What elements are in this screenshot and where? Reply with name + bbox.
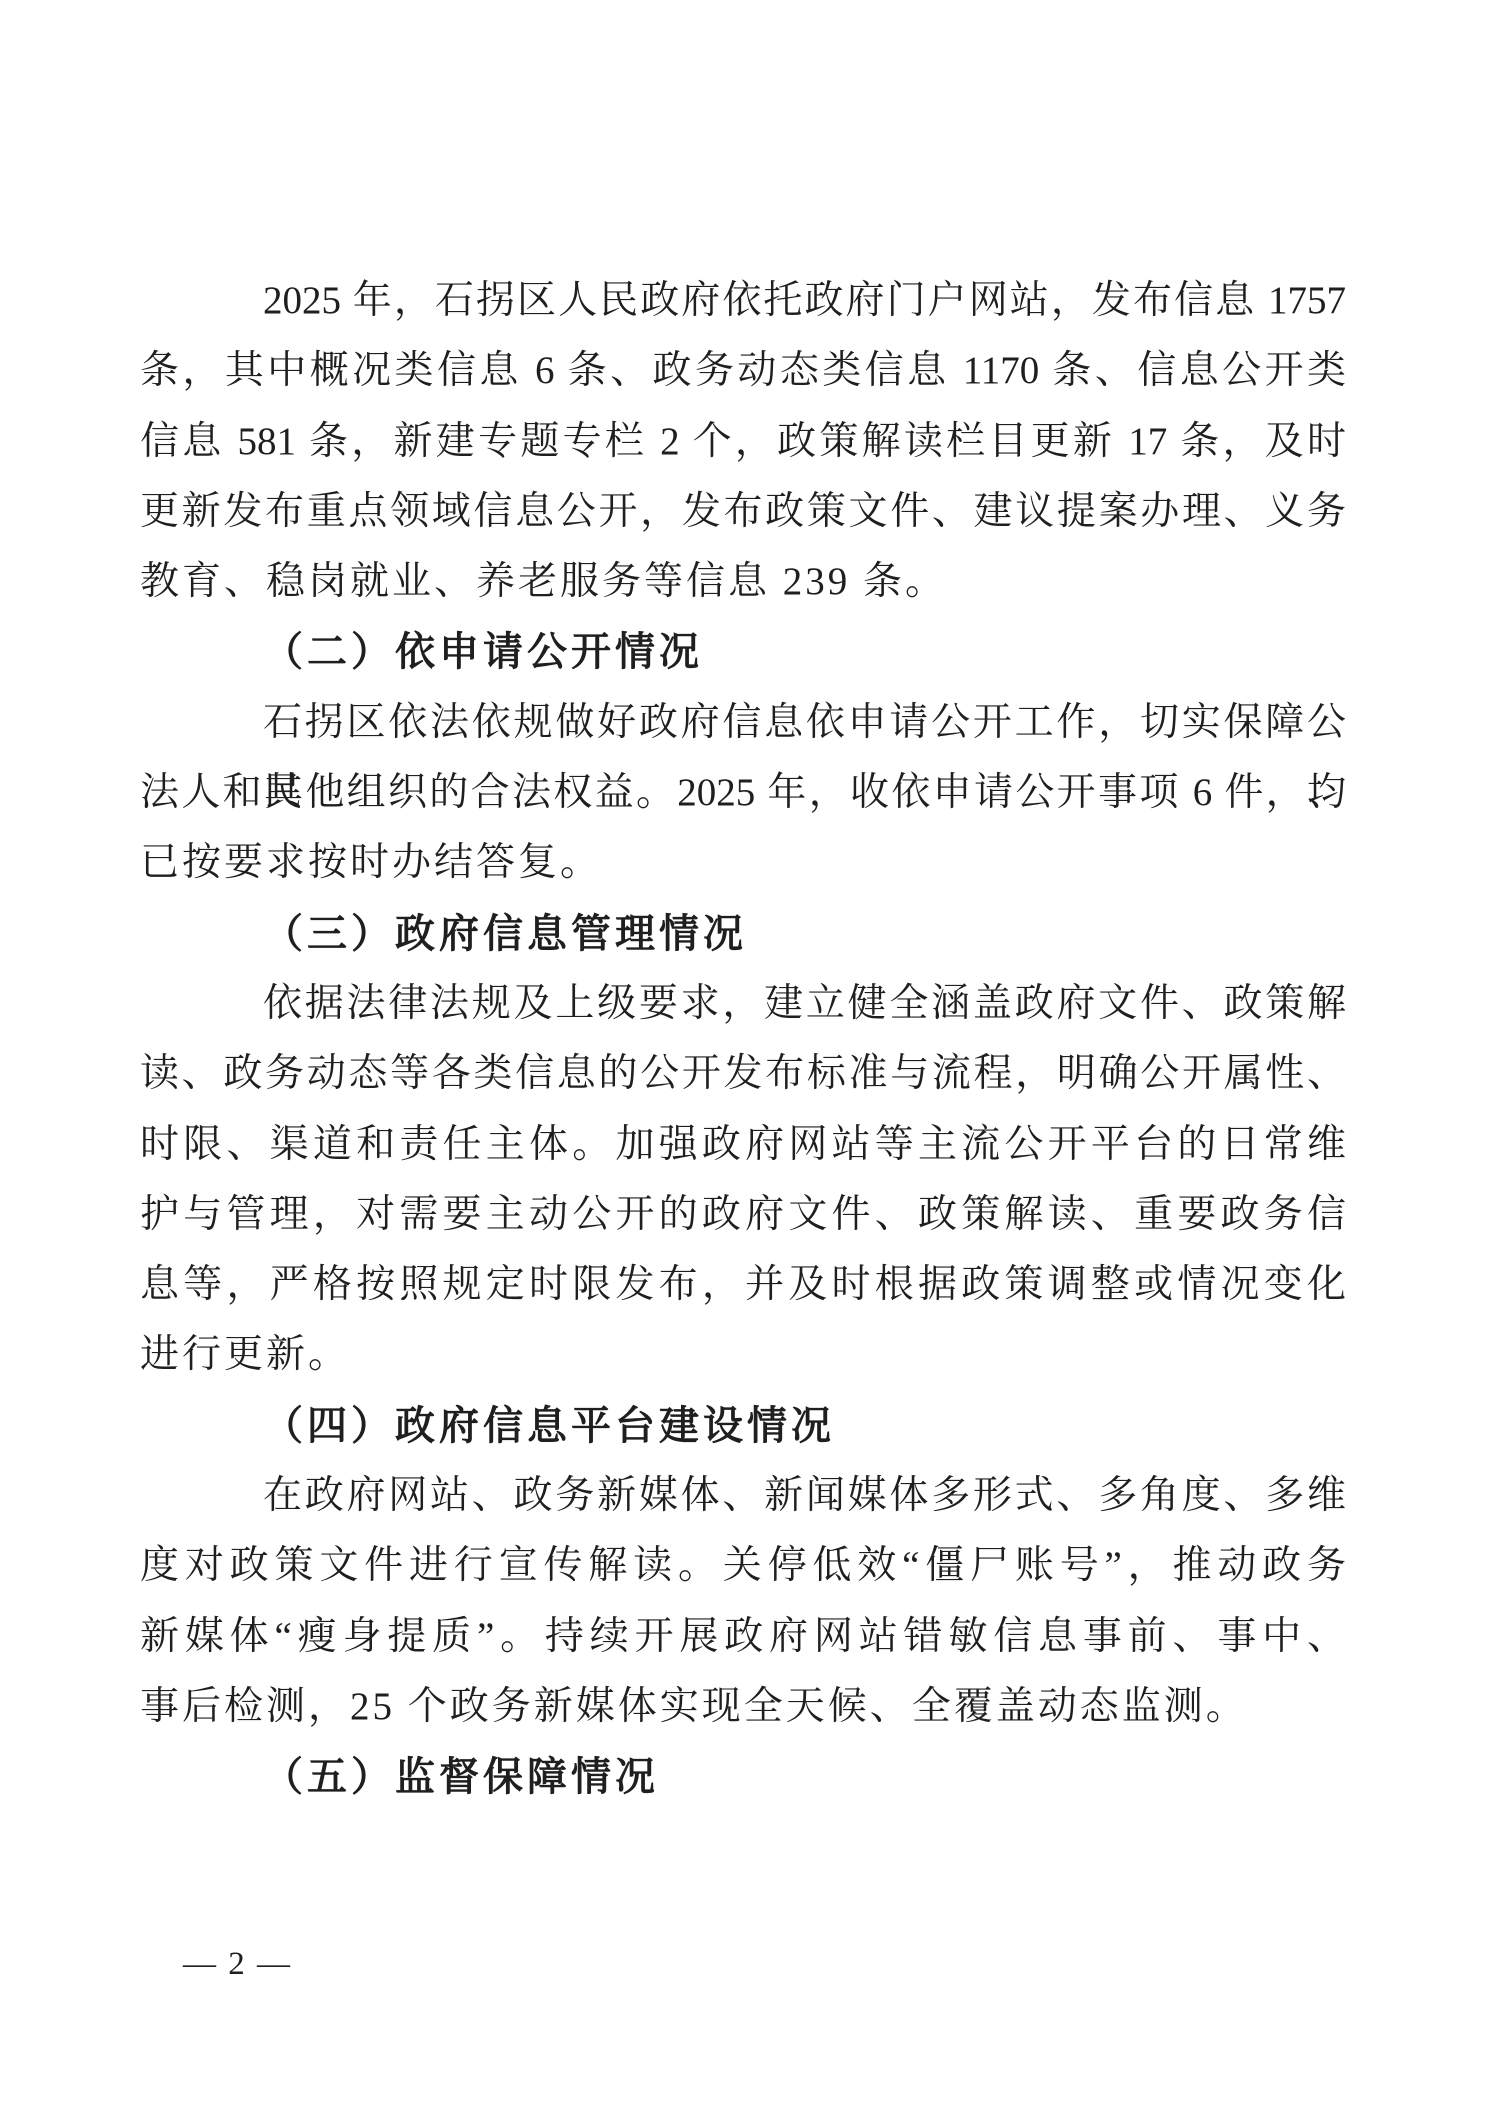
body-line: 已按要求按时办结答复。 [140,828,1346,898]
body-line: 信息 581 条，新建专题专栏 2 个，政策解读栏目更新 17 条，及时 [140,407,1346,477]
body-line: 条，其中概况类信息 6 条、政务动态类信息 1170 条、信息公开类 [140,336,1346,406]
section-heading: （二）依申请公开情况 [140,617,1346,687]
body-line: 依据法律法规及上级要求，建立健全涵盖政府文件、政策解 [140,969,1346,1039]
body-line: 进行更新。 [140,1320,1346,1390]
document-body: 2025 年，石拐区人民政府依托政府门户网站，发布信息 1757条，其中概况类信… [140,266,1346,1813]
body-line: 石拐区依法依规做好政府信息依申请公开工作，切实保障公民、 [140,688,1346,758]
body-line: 在政府网站、政务新媒体、新闻媒体多形式、多角度、多维 [140,1461,1346,1531]
body-line: 事后检测，25 个政务新媒体实现全天候、全覆盖动态监测。 [140,1672,1346,1742]
body-line: 读、政务动态等各类信息的公开发布标准与流程，明确公开属性、 [140,1039,1346,1109]
body-line: 息等，严格按照规定时限发布，并及时根据政策调整或情况变化 [140,1250,1346,1320]
body-line: 教育、稳岗就业、养老服务等信息 239 条。 [140,547,1346,617]
body-line: 更新发布重点领域信息公开，发布政策文件、建议提案办理、义务 [140,477,1346,547]
document-page: 2025 年，石拐区人民政府依托政府门户网站，发布信息 1757条，其中概况类信… [0,0,1486,2103]
body-line: 时限、渠道和责任主体。加强政府网站等主流公开平台的日常维 [140,1110,1346,1180]
body-line: 护与管理，对需要主动公开的政府文件、政策解读、重要政务信 [140,1180,1346,1250]
section-heading: （四）政府信息平台建设情况 [140,1391,1346,1461]
section-heading: （三）政府信息管理情况 [140,899,1346,969]
page-number: — 2 — [183,1946,292,1983]
section-heading: （五）监督保障情况 [140,1742,1346,1812]
body-line: 度对政策文件进行宣传解读。关停低效“僵尸账号”，推动政务 [140,1531,1346,1601]
body-line: 新媒体“瘦身提质”。持续开展政府网站错敏信息事前、事中、 [140,1602,1346,1672]
body-line: 2025 年，石拐区人民政府依托政府门户网站，发布信息 1757 [140,266,1346,336]
body-line: 法人和其他组织的合法权益。2025 年，收依申请公开事项 6 件，均 [140,758,1346,828]
